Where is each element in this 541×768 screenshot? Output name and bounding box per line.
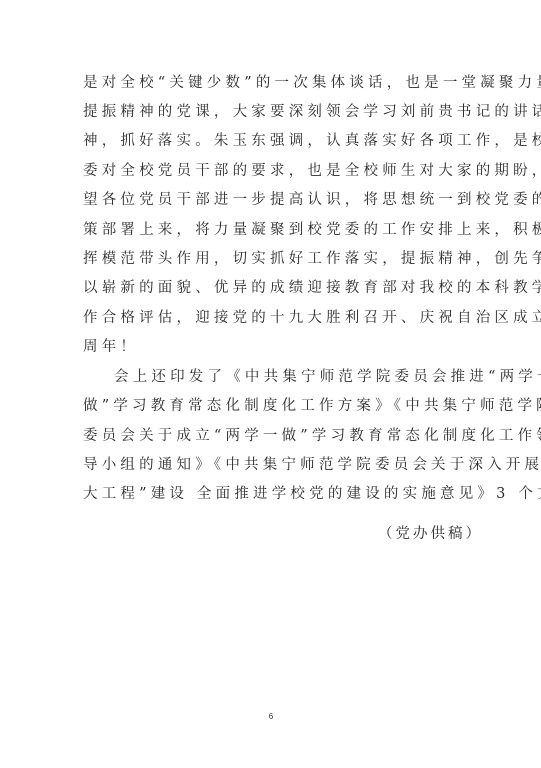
text-line: 策部署上来，将力量凝聚到校党委的工作安排上来，积极发 — [83, 219, 463, 241]
text-line: 委员会关于成立“两学一做”学习教育常态化制度化工作领 — [83, 425, 463, 447]
document-page: 是对全校“关键少数”的一次集体谈话，也是一堂凝聚力量、 提振精神的党课，大家要深… — [0, 0, 541, 768]
text-line: 挥模范带头作用，切实抓好工作落实，提振精神，创先争优， — [83, 248, 463, 270]
text-line: 会上还印发了《中共集宁师范学院委员会推进“两学一 — [114, 366, 494, 388]
page-number: 6 — [266, 711, 276, 723]
text-line: 导小组的通知》《中共集宁师范学院委员会关于深入开展“十 — [83, 454, 463, 476]
text-line: 以崭新的面貌、优异的成绩迎接教育部对我校的本科教学工 — [83, 277, 463, 299]
signature: （党办供稿） — [378, 523, 483, 545]
text-line: 望各位党员干部进一步提高认识，将思想统一到校党委的决 — [83, 189, 463, 211]
text-line: 是对全校“关键少数”的一次集体谈话，也是一堂凝聚力量、 — [83, 72, 463, 94]
text-line: 做”学习教育常态化制度化工作方案》《中共集宁师范学院 — [83, 395, 463, 417]
text-line: 神，抓好落实。朱玉东强调，认真落实好各项工作，是校党 — [83, 130, 463, 152]
text-line: 委对全校党员干部的要求，也是全校师生对大家的期盼，希 — [83, 160, 463, 182]
text-line: 大工程”建设 全面推进学校党的建设的实施意见》3 个文件。 — [83, 483, 463, 505]
text-line: 提振精神的党课，大家要深刻领会学习刘前贵书记的讲话精 — [83, 101, 463, 123]
text-line: 作合格评估，迎接党的十九大胜利召开、庆祝自治区成立 70 — [83, 307, 463, 329]
text-line: 周年！ — [83, 336, 463, 358]
